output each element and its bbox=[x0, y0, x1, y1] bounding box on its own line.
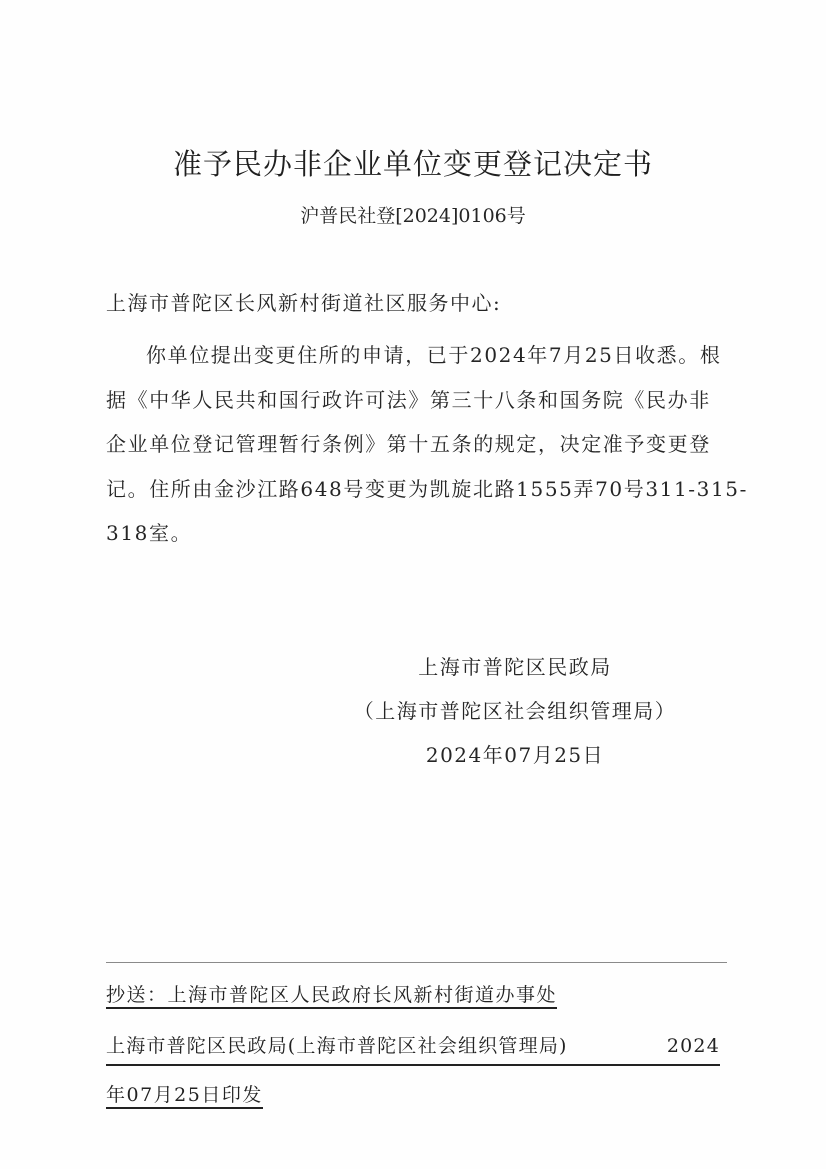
body-line: 企业单位登记管理暂行条例》第十五条的规定，决定准予变更登 bbox=[106, 422, 722, 467]
cc-recipient: 上海市普陀区人民政府长风新村街道办事处 bbox=[168, 984, 558, 1009]
document-title: 准予民办非企业单位变更登记决定书 bbox=[0, 142, 826, 183]
document-page: 准予民办非企业单位变更登记决定书 沪普民社登[2024]0106号 上海市普陀区… bbox=[0, 0, 826, 1169]
body-line: 你单位提出变更住所的申请，已于2024年7月25日收悉。根 bbox=[106, 333, 722, 378]
issuer-line: 上海市普陀区民政局(上海市普陀区社会组织管理局) 2024 bbox=[106, 1028, 720, 1066]
document-number: 沪普民社登[2024]0106号 bbox=[0, 201, 826, 228]
issuer-alias: （上海市普陀区社会组织管理局） bbox=[350, 689, 680, 733]
recipient: 上海市普陀区长风新村街道社区服务中心: bbox=[106, 287, 501, 316]
footer-divider bbox=[106, 962, 727, 963]
issuer-line-text: 上海市普陀区民政局(上海市普陀区社会组织管理局) bbox=[106, 1028, 568, 1064]
cc-line: 抄送：上海市普陀区人民政府长风新村街道办事处 bbox=[106, 972, 720, 1018]
issuer-name: 上海市普陀区民政局 bbox=[350, 645, 680, 689]
print-date: 年07月25日印发 bbox=[106, 1084, 263, 1109]
cc-label: 抄送： bbox=[106, 984, 168, 1009]
body-line: 记。住所由金沙江路648号变更为凯旋北路1555弄70号311-315- bbox=[106, 467, 722, 512]
body-line: 据《中华人民共和国行政许可法》第三十八条和国务院《民办非 bbox=[106, 378, 722, 423]
print-date-line: 年07月25日印发 bbox=[106, 1072, 720, 1118]
body-line: 318室。 bbox=[106, 511, 722, 556]
footer-block: 抄送：上海市普陀区人民政府长风新村街道办事处 上海市普陀区民政局(上海市普陀区社… bbox=[106, 972, 720, 1118]
issue-year: 2024 bbox=[667, 1028, 720, 1064]
body-paragraph: 你单位提出变更住所的申请，已于2024年7月25日收悉。根 据《中华人民共和国行… bbox=[106, 333, 722, 556]
signature-block: 上海市普陀区民政局 （上海市普陀区社会组织管理局） 2024年07月25日 bbox=[350, 645, 680, 777]
issue-date: 2024年07月25日 bbox=[350, 733, 680, 777]
